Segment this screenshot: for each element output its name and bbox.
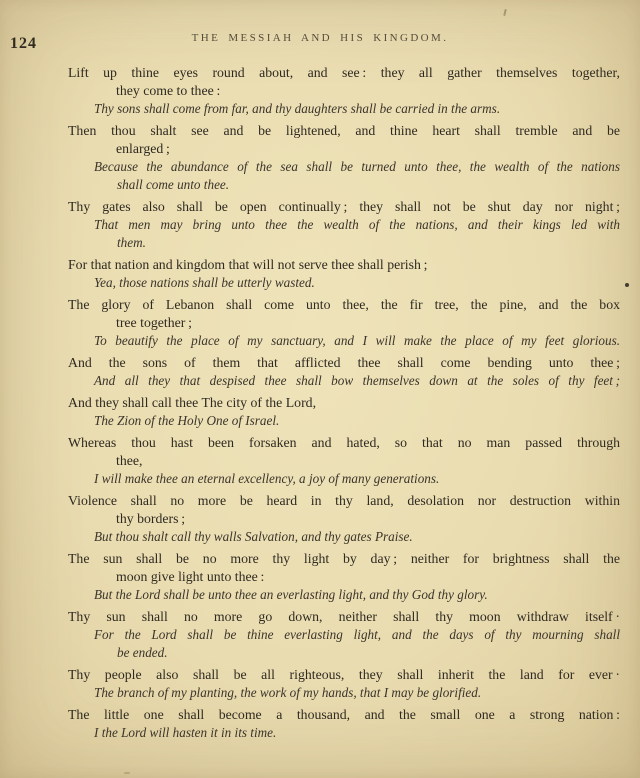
ink-dot — [625, 283, 629, 287]
quote-line: But the Lord shall be unto thee an everl… — [94, 586, 620, 604]
quote-line: To beautify the place of my sanctuary, a… — [94, 332, 620, 350]
quote-line: Thy sons shall come from far, and thy da… — [94, 100, 620, 118]
verse-block: The little one shall become a thousand, … — [68, 706, 620, 742]
ink-speck-bottom — [124, 772, 130, 774]
verse-line: Thy sun shall no more go down, neither s… — [68, 608, 620, 626]
verse-line: moon give light unto thee : — [116, 568, 620, 586]
verse-block: Thy people also shall be all righteous, … — [68, 666, 620, 702]
verse-line: The glory of Lebanon shall come unto the… — [68, 296, 620, 314]
verse-block: The sun shall be no more thy light by da… — [68, 550, 620, 604]
verse-line: Thy people also shall be all righteous, … — [68, 666, 620, 684]
verse-line: they come to thee : — [116, 82, 620, 100]
verse-block: And they shall call thee The city of the… — [68, 394, 620, 430]
verse-block: Thy sun shall no more go down, neither s… — [68, 608, 620, 662]
quote-line: I the Lord will hasten it in its time. — [94, 724, 620, 742]
ink-speck-top — [503, 9, 507, 16]
verse-line: Lift up thine eyes round about, and see … — [68, 64, 620, 82]
verse-block: Violence shall no more be heard in thy l… — [68, 492, 620, 546]
quote-line: For the Lord shall be thine everlasting … — [94, 626, 620, 644]
verse-block: The glory of Lebanon shall come unto the… — [68, 296, 620, 350]
verse-block: And the sons of them that afflicted thee… — [68, 354, 620, 390]
verse-line: The little one shall become a thousand, … — [68, 706, 620, 724]
quote-line: be ended. — [117, 644, 620, 662]
verse-line: The sun shall be no more thy light by da… — [68, 550, 620, 568]
quote-line: I will make thee an eternal excellency, … — [94, 470, 620, 488]
verse-block: Whereas thou hast been forsaken and hate… — [68, 434, 620, 488]
verse-line: thee, — [116, 452, 620, 470]
verse-line: And they shall call thee The city of the… — [68, 394, 620, 412]
book-page: 124 THE MESSIAH AND HIS KINGDOM. Lift up… — [0, 0, 640, 778]
verse-block: Then thou shalt see and be lightened, an… — [68, 122, 620, 194]
verse-line: thy borders ; — [116, 510, 620, 528]
verse-block: Thy gates also shall be open continually… — [68, 198, 620, 252]
quote-line: And all they that despised thee shall bo… — [94, 372, 620, 390]
quote-line: But thou shalt call thy walls Salvation,… — [94, 528, 620, 546]
verse-block: Lift up thine eyes round about, and see … — [68, 64, 620, 118]
quote-line: them. — [117, 234, 620, 252]
quote-line: shall come unto thee. — [117, 176, 620, 194]
verse-list: Lift up thine eyes round about, and see … — [68, 64, 620, 746]
verse-block: For that nation and kingdom that will no… — [68, 256, 620, 292]
quote-line: The branch of my planting, the work of m… — [94, 684, 620, 702]
verse-line: And the sons of them that afflicted thee… — [68, 354, 620, 372]
quote-line: That men may bring unto thee the wealth … — [94, 216, 620, 234]
verse-line: Whereas thou hast been forsaken and hate… — [68, 434, 620, 452]
quote-line: The Zion of the Holy One of Israel. — [94, 412, 620, 430]
quote-line: Because the abundance of the sea shall b… — [94, 158, 620, 176]
verse-line: enlarged ; — [116, 140, 620, 158]
verse-line: For that nation and kingdom that will no… — [68, 256, 620, 274]
verse-line: Thy gates also shall be open continually… — [68, 198, 620, 216]
verse-line: Then thou shalt see and be lightened, an… — [68, 122, 620, 140]
verse-line: tree together ; — [116, 314, 620, 332]
quote-line: Yea, those nations shall be utterly wast… — [94, 274, 620, 292]
running-header: THE MESSIAH AND HIS KINGDOM. — [0, 32, 640, 44]
verse-line: Violence shall no more be heard in thy l… — [68, 492, 620, 510]
